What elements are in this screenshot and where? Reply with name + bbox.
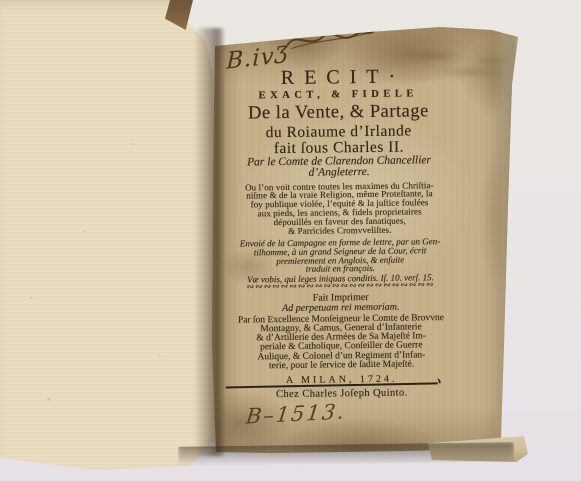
ornament-row: ∾∾∾∾∾∾∾∾∾∾∾∾∾∾∾∾∾∾∾∾∾∾ [247,279,435,292]
author-line-2: d’Angleterre. [308,166,369,179]
title-line-1: De la Vente, & Partage [248,101,429,124]
flyleaf-pages [0,0,222,481]
printed-text-block: RECIT· EXACT, & FIDELE De la Vente, & Pa… [207,22,526,460]
title-main: RECIT· [281,66,406,91]
title-page: RECIT· EXACT, & FIDELE De la Vente, & Pa… [210,24,524,458]
ink-flourish [284,25,376,61]
book-photo: RECIT· EXACT, & FIDELE De la Vente, & Pa… [0,0,581,481]
title-sub: EXACT, & FIDELE [259,88,418,101]
imprimatur-line-2: Ad perpetuam rei memoriam. [282,302,400,314]
argument-line: & Parricides Cromvveliſtes. [288,225,392,236]
imprint-publisher: Chez Charles Joſeph Quinto. [276,388,408,401]
privilege-line: terie, pour le ſervice de ſadite Majeſté… [269,359,414,371]
gutter-shadow [194,28,224,456]
